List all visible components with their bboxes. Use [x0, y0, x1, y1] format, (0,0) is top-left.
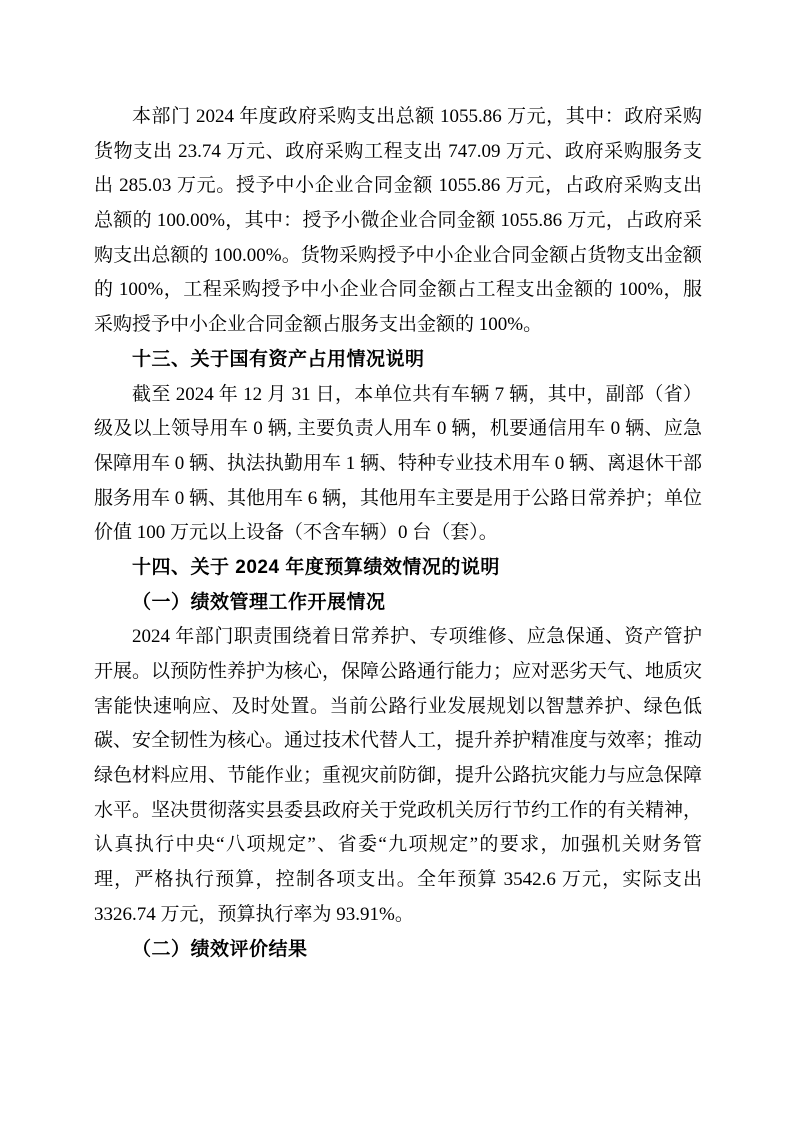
subsection-heading-1: （一）绩效管理工作开展情况 [94, 586, 702, 621]
text-line: 总额的 100.00%，其中：授予小微企业合同金额 1055.86 万元，占政府… [94, 204, 702, 239]
document-content: 本部门 2024 年度政府采购支出总额 1055.86 万元，其中：政府采购 货… [94, 100, 702, 967]
subsection-heading-2: （二）绩效评价结果 [94, 933, 702, 968]
text-line: 本部门 2024 年度政府采购支出总额 1055.86 万元，其中：政府采购 [94, 100, 702, 135]
text-line: 绿色材料应用、节能作业；重视灾前防御，提升公路抗灾能力与应急保障 [94, 759, 702, 794]
text-line: 理，严格执行预算，控制各项支出。全年预算 3542.6 万元，实际支出 [94, 863, 702, 898]
text-line: 水平。坚决贯彻落实县委县政府关于党政机关厉行节约工作的有关精神， [94, 794, 702, 829]
procurement-paragraph: 本部门 2024 年度政府采购支出总额 1055.86 万元，其中：政府采购 货… [94, 100, 702, 343]
text-line: 货物支出 23.74 万元、政府采购工程支出 747.09 万元、政府采购服务支 [94, 135, 702, 170]
text-line: 服务用车 0 辆、其他用车 6 辆，其他用车主要是用于公路日常养护；单位 [94, 482, 702, 517]
text-line: 采购授予中小企业合同金额占服务支出金额的 100%。 [94, 308, 702, 343]
text-line: 害能快速响应、及时处置。当前公路行业发展规划以智慧养护、绿色低 [94, 690, 702, 725]
text-line: 2024 年部门职责围绕着日常养护、专项维修、应急保通、资产管护 [94, 620, 702, 655]
text-line: 认真执行中央“八项规定”、省委“九项规定”的要求，加强机关财务管 [94, 828, 702, 863]
performance-paragraph: 2024 年部门职责围绕着日常养护、专项维修、应急保通、资产管护 开展。以预防性… [94, 620, 702, 932]
text-line: 3326.74 万元，预算执行率为 93.91%。 [94, 898, 702, 933]
text-line: 开展。以预防性养护为核心，保障公路通行能力；应对恶劣天气、地质灾 [94, 655, 702, 690]
section-heading-13: 十三、关于国有资产占用情况说明 [94, 343, 702, 378]
text-line: 出 285.03 万元。授予中小企业合同金额 1055.86 万元，占政府采购支… [94, 169, 702, 204]
document-page: 本部门 2024 年度政府采购支出总额 1055.86 万元，其中：政府采购 货… [0, 0, 793, 1122]
text-line: 截至 2024 年 12 月 31 日，本单位共有车辆 7 辆，其中，副部（省） [94, 378, 702, 413]
text-line: 的 100%，工程采购授予中小企业合同金额占工程支出金额的 100%，服务 [94, 273, 702, 308]
state-assets-paragraph: 截至 2024 年 12 月 31 日，本单位共有车辆 7 辆，其中，副部（省）… [94, 378, 702, 551]
text-line: 价值 100 万元以上设备（不含车辆）0 台（套）。 [94, 516, 702, 551]
text-line: 购支出总额的 100.00%。货物采购授予中小企业合同金额占货物支出金额 [94, 239, 702, 274]
section-heading-14: 十四、关于 2024 年度预算绩效情况的说明 [94, 551, 702, 586]
text-line: 级及以上领导用车 0 辆, 主要负责人用车 0 辆，机要通信用车 0 辆、应急 [94, 412, 702, 447]
text-line: 保障用车 0 辆、执法执勤用车 1 辆、特种专业技术用车 0 辆、离退休干部 [94, 447, 702, 482]
text-line: 碳、安全韧性为核心。通过技术代替人工，提升养护精准度与效率；推动 [94, 724, 702, 759]
